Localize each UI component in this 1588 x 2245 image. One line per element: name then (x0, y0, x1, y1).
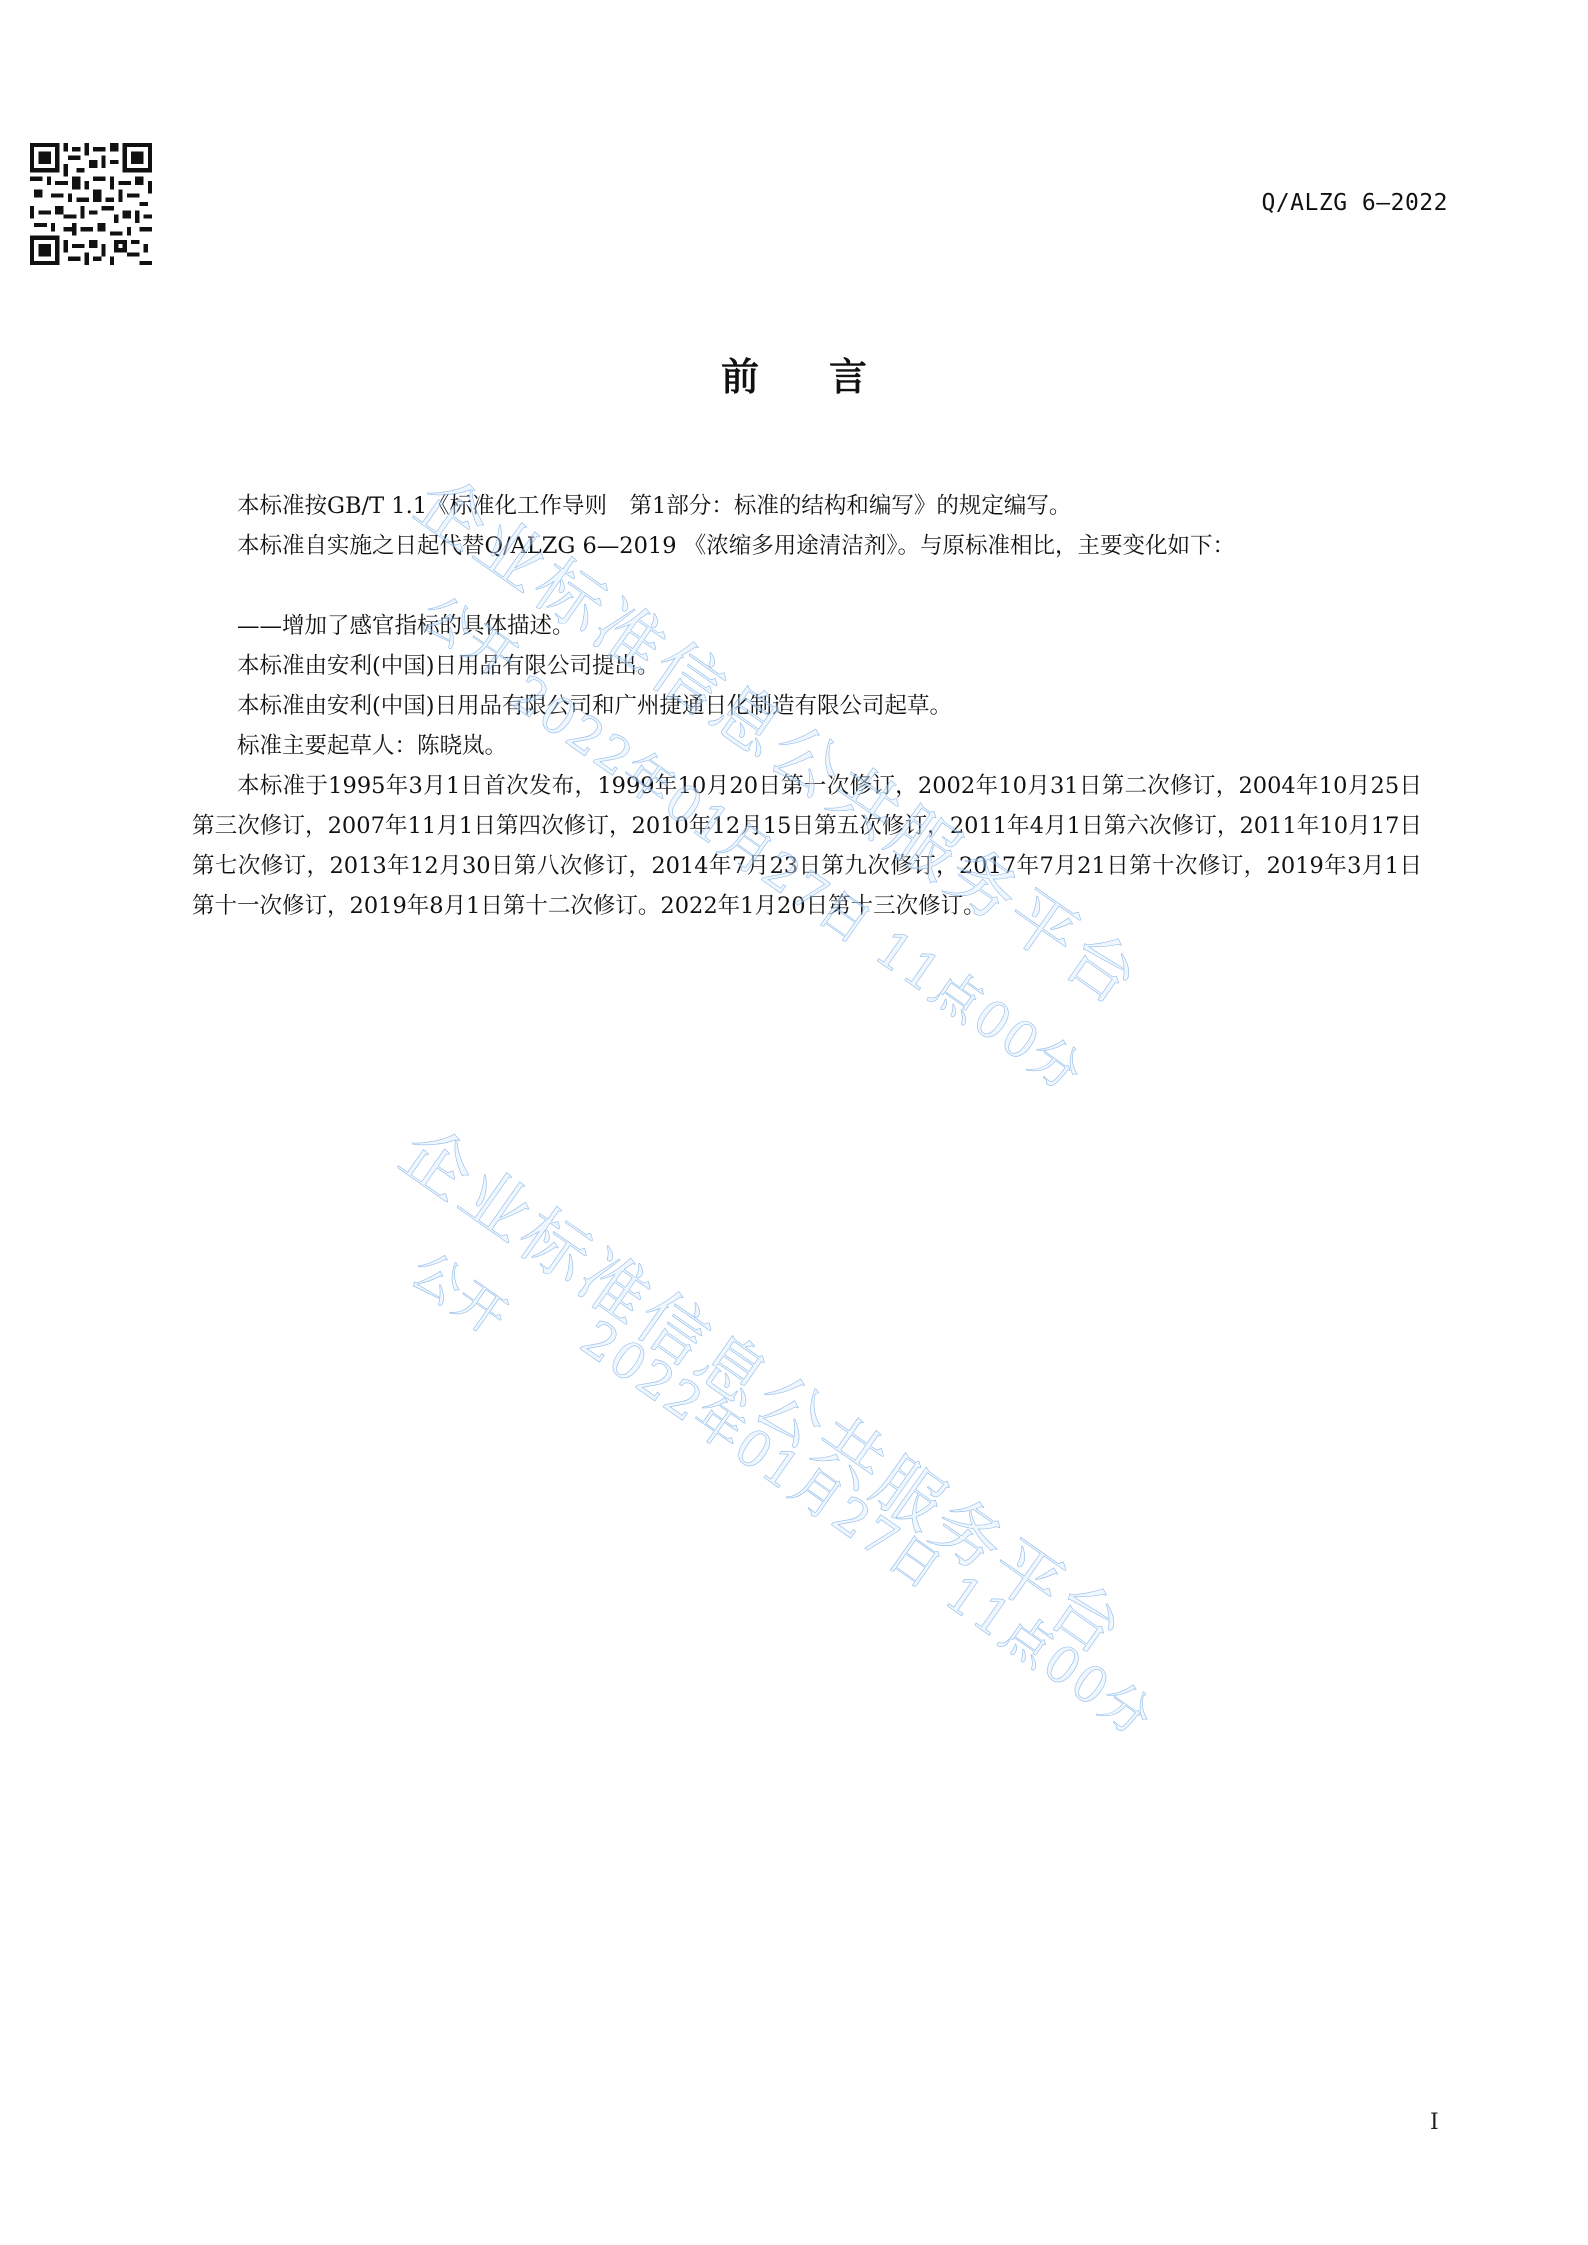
qr-code-icon (30, 143, 152, 265)
paragraph-drafting-rules: 本标准按GB/T 1.1《标准化工作导则 第1部分：标准的结构和编写》的规定编写… (192, 486, 1422, 526)
title-char-2: 言 (829, 346, 867, 401)
watermark-public-lower: 公开 (399, 1232, 525, 1351)
watermark-timestamp-lower: 2022年01月27日 11点00分 (569, 1300, 1170, 1751)
paragraph-proposer: 本标准由安利(中国)日用品有限公司提出。 (192, 646, 1422, 686)
paragraph-drafting-org: 本标准由安利(中国)日用品有限公司和广州捷通日化制造有限公司起草。 (192, 686, 1422, 726)
standard-code: Q/ALZG 6—2022 (1261, 190, 1448, 216)
page-number: I (1430, 2110, 1439, 2135)
paragraph-replacement: 本标准自实施之日起代替Q/ALZG 6—2019 《浓缩多用途清洁剂》。与原标准… (192, 526, 1422, 566)
paragraph-revision-history: 本标准于1995年3月1日首次发布，1999年10月20日第一次修订，2002年… (192, 766, 1422, 926)
foreword-body: 本标准按GB/T 1.1《标准化工作导则 第1部分：标准的结构和编写》的规定编写… (192, 486, 1422, 926)
title-char-1: 前 (721, 346, 759, 401)
document-page: Q/ALZG 6—2022 前言 本标准按GB/T 1.1《标准化工作导则 第1… (0, 0, 1588, 2245)
spacer (192, 566, 1422, 606)
page-title: 前言 (0, 346, 1588, 401)
paragraph-change-item: ——增加了感官指标的具体描述。 (192, 606, 1422, 646)
paragraph-drafter: 标准主要起草人：陈晓岚。 (192, 726, 1422, 766)
watermark-platform-lower: 企业标准信息公共服务平台 (384, 1100, 1147, 1675)
